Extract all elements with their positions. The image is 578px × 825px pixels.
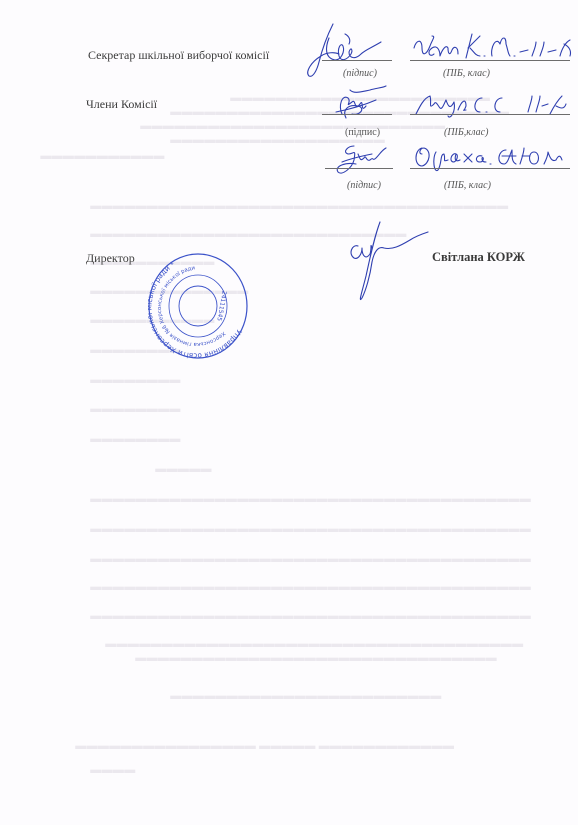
member-1-signature-caption: (підпис) [345, 127, 380, 138]
official-stamp: Управління освіти Херсонської міської ра… [148, 246, 248, 364]
secretary-name-line [410, 60, 570, 61]
bleed-through-text: ▬▬▬▬▬▬▬▬▬▬▬▬▬▬▬▬▬▬▬▬▬▬▬ ▬▬▬▬▬▬▬▬▬▬▬▬▬▬▬▬… [0, 0, 578, 825]
member-1-signature [330, 84, 390, 124]
secretary-signature-caption: (підпис) [343, 68, 377, 79]
director-signature [340, 218, 430, 308]
secretary-signature-line [322, 60, 392, 61]
member-1-name-caption: (ПІБ,клас) [444, 127, 488, 138]
member-2-signature-caption: (підпис) [347, 180, 381, 191]
secretary-name-caption: (ПІБ, клас) [443, 68, 490, 79]
member-1-handwritten-name [410, 88, 570, 120]
member-2-signature-line [325, 168, 393, 169]
director-name: Світлана КОРЖ [432, 250, 525, 265]
director-label: Директор [86, 251, 135, 266]
member-2-name-caption: (ПІБ, клас) [444, 180, 491, 191]
members-label: Члени Комісії [86, 97, 157, 112]
member-2-signature [332, 142, 394, 178]
member-2-name-line [410, 168, 570, 169]
document-page: ▬▬▬▬▬▬▬▬▬▬▬▬▬▬▬▬▬▬▬▬▬▬▬ ▬▬▬▬▬▬▬▬▬▬▬▬▬▬▬▬… [0, 0, 578, 825]
member-1-signature-line [322, 114, 392, 115]
member-1-name-line [410, 114, 570, 115]
secretary-label: Секретар шкільної виборчої комісії [88, 48, 269, 63]
